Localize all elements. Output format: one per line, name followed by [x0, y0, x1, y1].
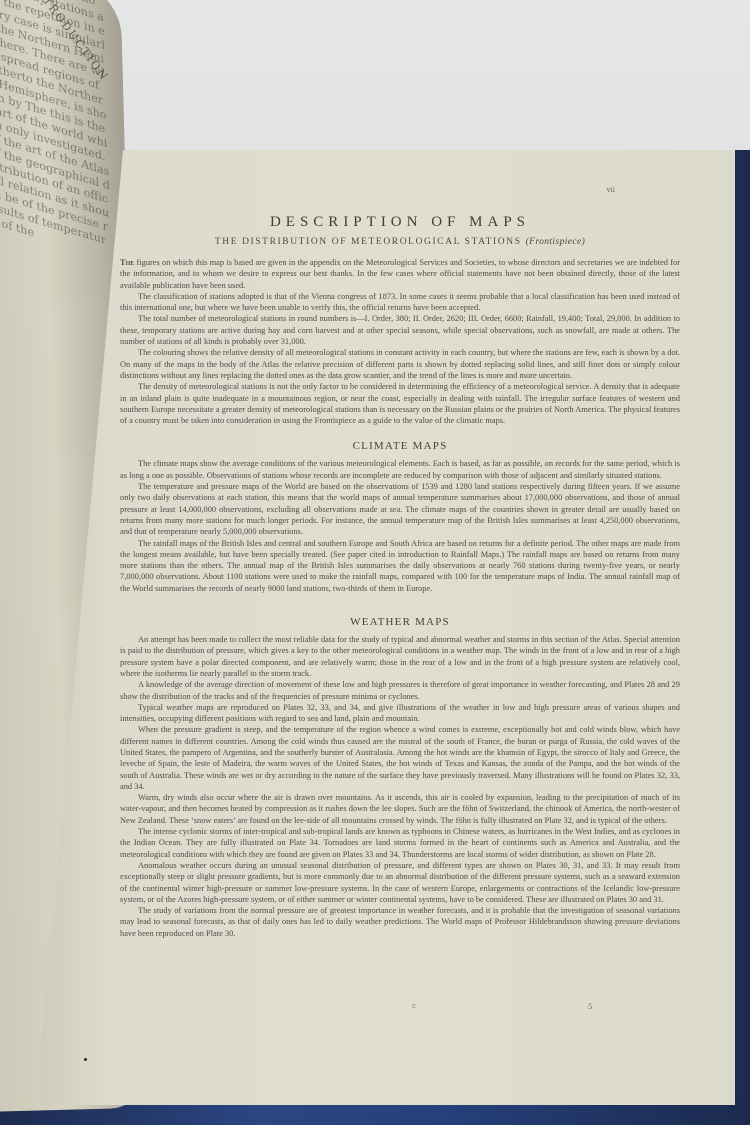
paragraph: Anomalous weather occurs during an unusu… — [120, 860, 680, 905]
paragraph: The density of meteorological stations i… — [120, 381, 680, 426]
paragraph: The total number of meteorological stati… — [120, 313, 680, 347]
paragraph: A knowledge of the average direction of … — [120, 679, 680, 702]
section-meteorological-stations: THE DISTRIBUTION OF METEOROLOGICAL STATI… — [120, 237, 680, 426]
section-heading-weather: WEATHER MAPS — [120, 616, 680, 628]
page-body: DESCRIPTION OF MAPS THE DISTRIBUTION OF … — [120, 150, 680, 939]
section-heading-italic: (Frontispiece) — [526, 237, 586, 247]
section-heading-stations: THE DISTRIBUTION OF METEOROLOGICAL STATI… — [120, 237, 680, 247]
section-heading-climate: CLIMATE MAPS — [120, 440, 680, 452]
page-title: DESCRIPTION OF MAPS — [120, 214, 680, 231]
paragraph: Typical weather maps are reproduced on P… — [120, 702, 680, 725]
paragraph: The intense cyclonic storms of inter-tro… — [120, 826, 680, 860]
section-heading-text: THE DISTRIBUTION OF METEOROLOGICAL STATI… — [215, 237, 522, 247]
page-number: 5 — [588, 1003, 592, 1011]
paragraph: The temperature and pressure maps of the… — [120, 481, 680, 537]
paragraph: The climate maps show the average condit… — [120, 458, 680, 481]
paragraph: When the pressure gradient is steep, and… — [120, 724, 680, 792]
paragraph: The study of variations from the normal … — [120, 905, 680, 939]
section-weather-maps: WEATHER MAPS An attempt has been made to… — [120, 616, 680, 939]
lead-word: The — [120, 258, 134, 267]
paragraph: The rainfall maps of the British Isles a… — [120, 538, 680, 594]
signature-mark: c — [412, 1002, 416, 1010]
section-climate-maps: CLIMATE MAPS The climate maps show the a… — [120, 440, 680, 594]
paper-speck — [84, 1058, 87, 1061]
paragraph: The colouring shows the relative density… — [120, 347, 680, 381]
right-page: vii DESCRIPTION OF MAPS THE DISTRIBUTION… — [40, 150, 735, 1105]
paragraph: Warm, dry winds also occur where the air… — [120, 792, 680, 826]
paragraph: An attempt has been made to collect the … — [120, 634, 680, 679]
paragraph: The classification of stations adopted i… — [120, 291, 680, 314]
paragraph: The figures on which this map is based a… — [120, 257, 680, 291]
